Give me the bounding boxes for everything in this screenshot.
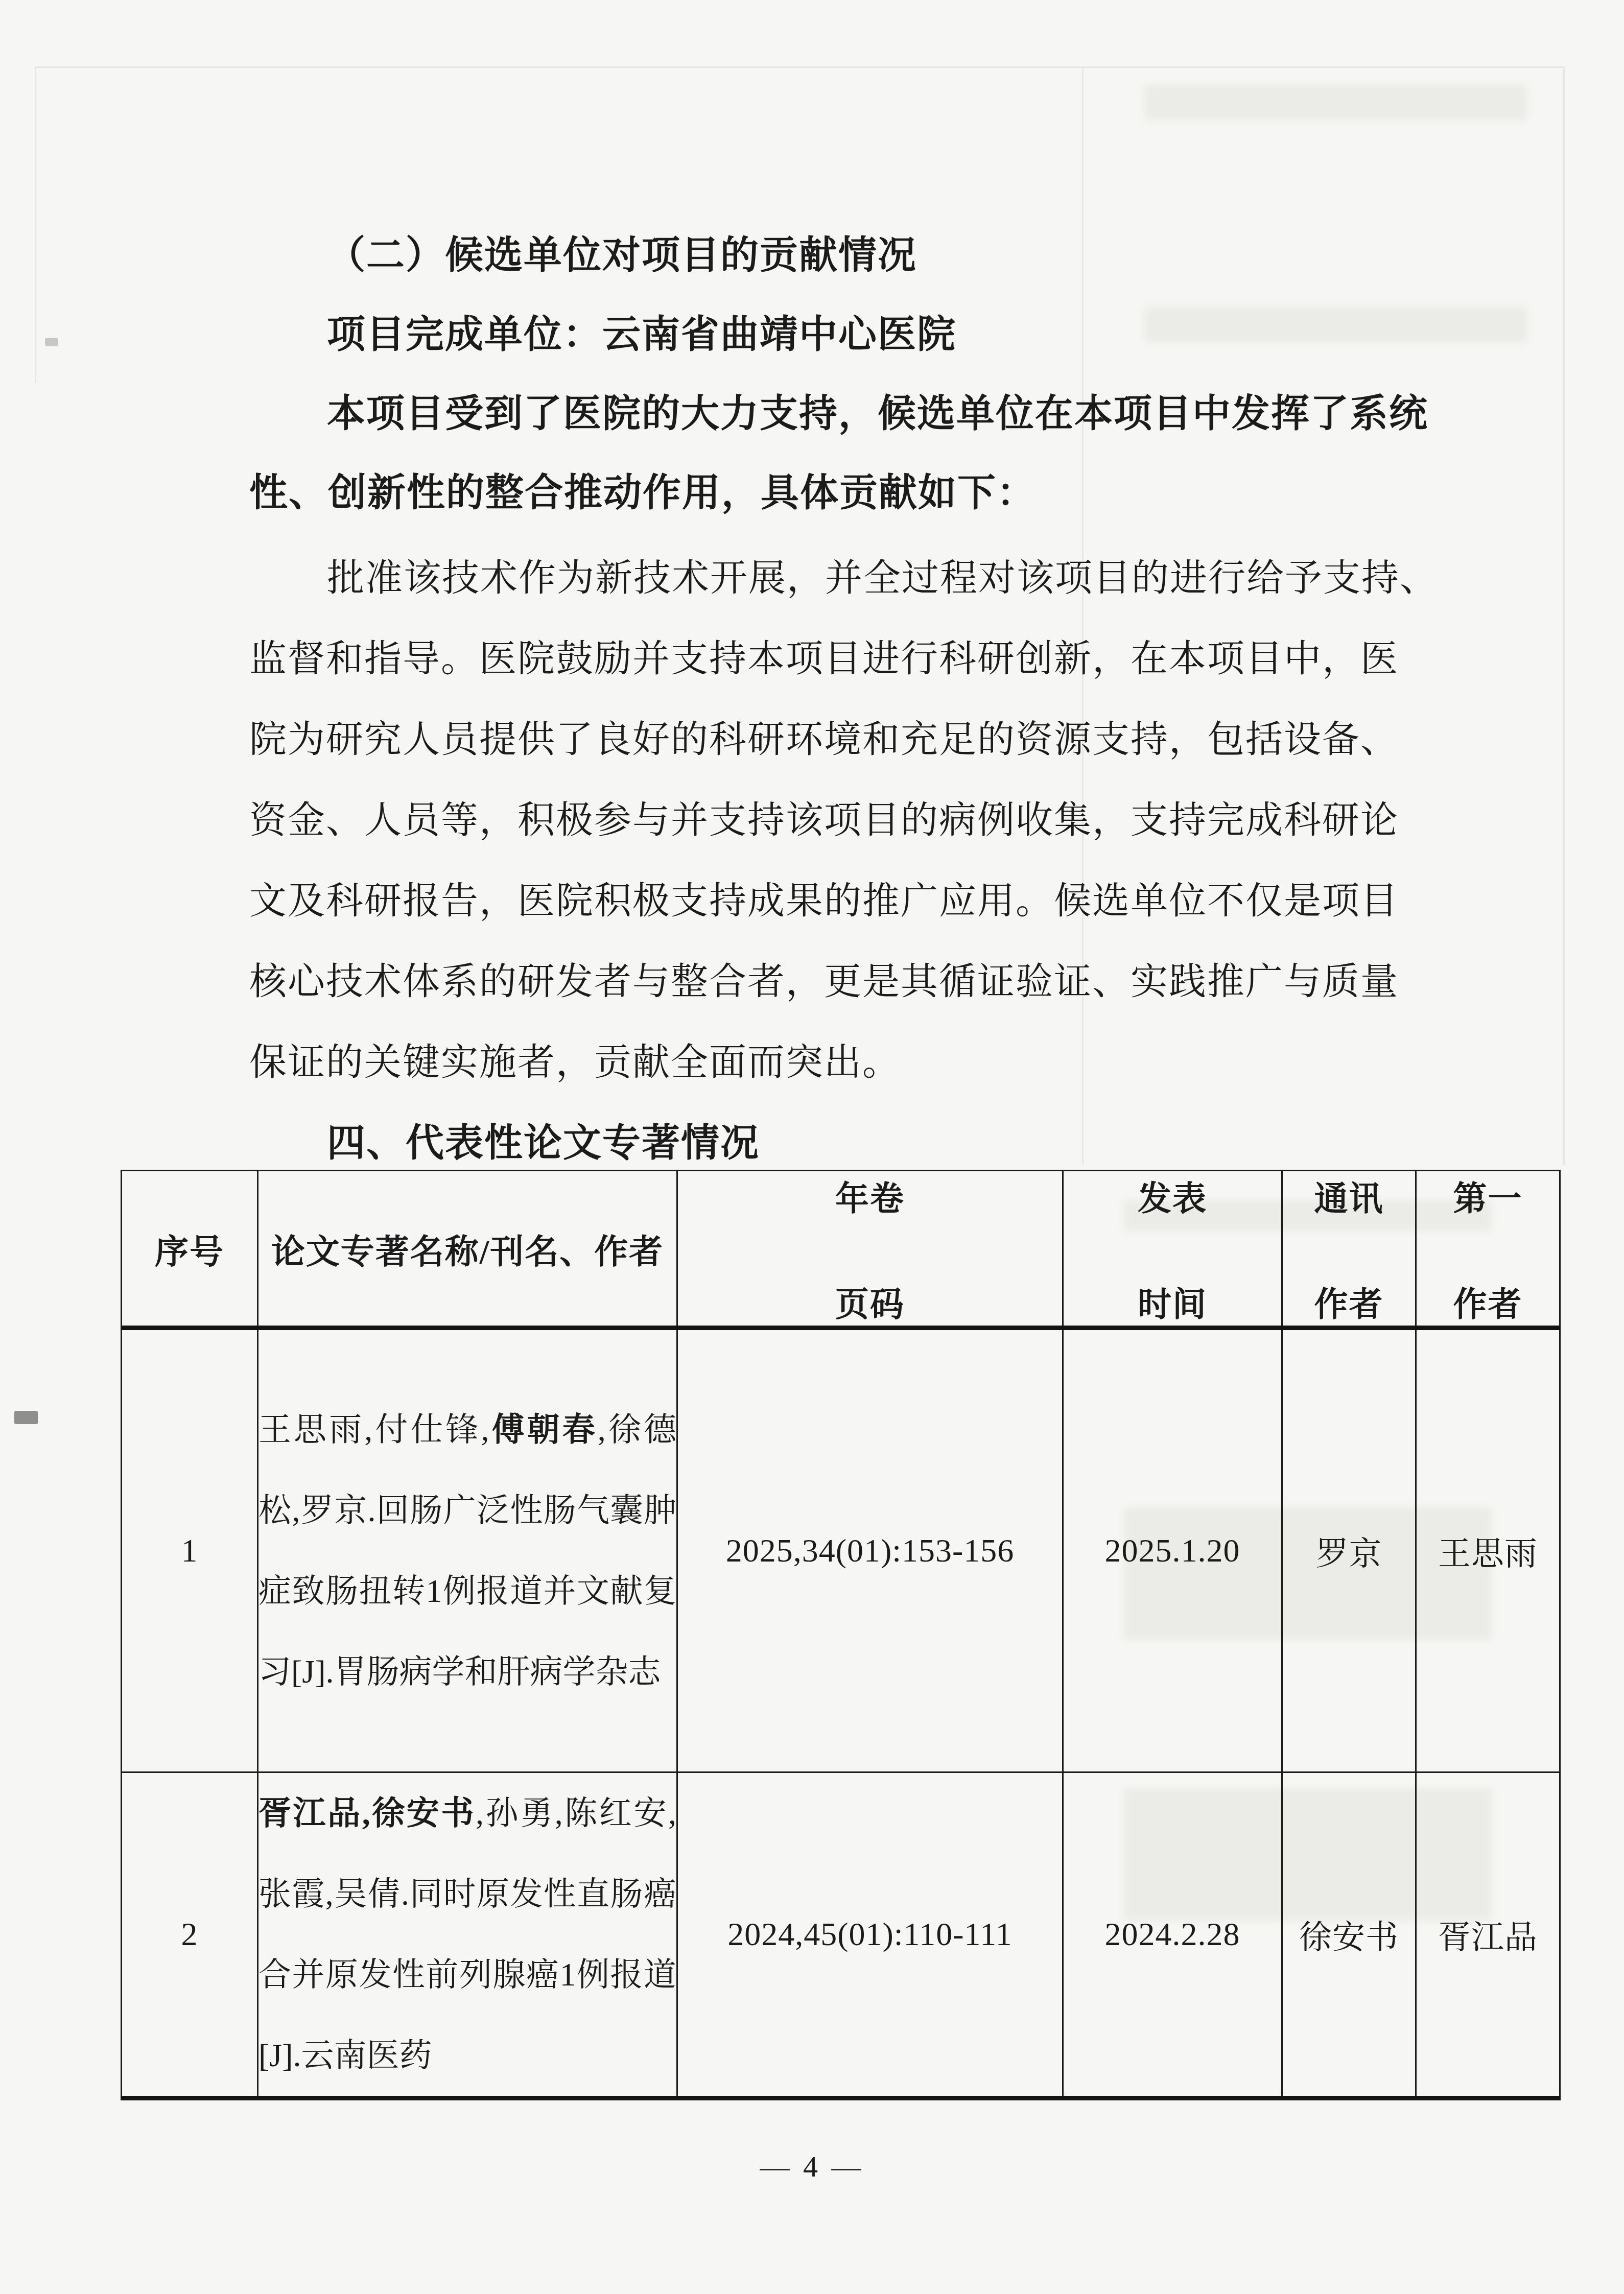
page-number: — 4 — — [0, 2149, 1624, 2184]
col-header-volume-line2: 页码 — [835, 1277, 905, 1326]
col-header-title: 论文专著名称/刊名、作者 — [258, 1171, 677, 1328]
col-header-index-label: 序号 — [155, 1234, 224, 1271]
cell-index: 1 — [122, 1328, 258, 1772]
heading-support-line2: 性、创新性的整合推动作用，具体贡献如下： — [249, 462, 1036, 517]
paper-title-segment: ,孙勇,陈红安,张霞,吴倩.同时原发性直肠癌合并原发性前列腺癌1例报道[J].云… — [258, 1795, 676, 2073]
cell-first-author: 胥江品 — [1416, 1772, 1560, 2098]
col-header-index: 序号 — [122, 1171, 258, 1328]
document-page: （二）候选单位对项目的贡献情况 项目完成单位：云南省曲靖中心医院 本项目受到了医… — [0, 0, 1624, 2294]
ghost-text-blob — [1144, 84, 1527, 120]
cell-index: 2 — [122, 1772, 258, 2098]
col-header-first-line2: 作者 — [1453, 1277, 1523, 1326]
paragraph-line-2: 监督和指导。医院鼓励并支持本项目进行科研创新，在本项目中，医 — [249, 628, 1399, 682]
papers-table: 序号 论文专著名称/刊名、作者 年卷 页码 发表 时间 通讯 — [121, 1170, 1561, 2100]
col-header-corresponding-author: 通讯 作者 — [1282, 1171, 1416, 1328]
col-header-pub-date-line2: 时间 — [1138, 1277, 1207, 1326]
col-header-first-line1: 第一 — [1453, 1171, 1523, 1220]
ghost-line-top — [35, 66, 1565, 68]
cell-corresponding-author: 罗京 — [1282, 1328, 1416, 1772]
cell-corresponding-author: 徐安书 — [1282, 1772, 1416, 2098]
col-header-first-author: 第一 作者 — [1416, 1171, 1560, 1328]
col-header-title-label: 论文专著名称/刊名、作者 — [271, 1234, 664, 1271]
heading-completing-unit: 项目完成单位：云南省曲靖中心医院 — [327, 304, 956, 359]
table-row: 1 王思雨,付仕锋,傅朝春,徐德松,罗京.回肠广泛性肠气囊肿症致肠扭转1例报道并… — [122, 1328, 1560, 1772]
cell-paper-title: 王思雨,付仕锋,傅朝春,徐德松,罗京.回肠广泛性肠气囊肿症致肠扭转1例报道并文献… — [258, 1328, 677, 1772]
cell-volume-pages: 2025,34(01):153-156 — [677, 1328, 1063, 1772]
table-header-row: 序号 论文专著名称/刊名、作者 年卷 页码 发表 时间 通讯 — [122, 1171, 1560, 1328]
ghost-text-blob — [1144, 306, 1527, 342]
col-header-pub-date: 发表 时间 — [1063, 1171, 1282, 1328]
ghost-line-vertical-left — [35, 66, 36, 383]
paragraph-line-7: 保证的关键实施者，贡献全面而突出。 — [249, 1032, 901, 1085]
paper-title-segment-bold: 胥江品,徐安书 — [258, 1795, 476, 1831]
heading-support-line1: 本项目受到了医院的大力支持，候选单位在本项目中发挥了系统 — [327, 383, 1428, 438]
ghost-line-vertical-right — [1563, 66, 1565, 1165]
paragraph-line-4: 资金、人员等，积极参与并支持该项目的病例收集，支持完成科研论 — [249, 790, 1399, 843]
scan-speck — [45, 338, 58, 346]
cell-paper-title: 胥江品,徐安书,孙勇,陈红安,张霞,吴倩.同时原发性直肠癌合并原发性前列腺癌1例… — [258, 1772, 677, 2098]
col-header-corresponding-line1: 通讯 — [1314, 1171, 1384, 1220]
cell-volume-pages: 2024,45(01):110-111 — [677, 1772, 1063, 2098]
table-row: 2 胥江品,徐安书,孙勇,陈红安,张霞,吴倩.同时原发性直肠癌合并原发性前列腺癌… — [122, 1772, 1560, 2098]
paragraph-line-1: 批准该技术作为新技术开展，并全过程对该项目的进行给予支持、 — [327, 548, 1438, 601]
scan-speck — [14, 1411, 38, 1424]
heading-papers-section: 四、代表性论文专著情况 — [327, 1113, 760, 1167]
col-header-corresponding-line2: 作者 — [1314, 1277, 1384, 1326]
paper-title-segment: 王思雨,付仕锋, — [258, 1411, 489, 1448]
paragraph-line-3: 院为研究人员提供了良好的科研环境和充足的资源支持，包括设备、 — [249, 709, 1399, 763]
col-header-volume-pages: 年卷 页码 — [677, 1171, 1063, 1328]
heading-contribution-section: （二）候选单位对项目的贡献情况 — [327, 225, 917, 279]
cell-pub-date: 2024.2.28 — [1063, 1772, 1282, 2098]
paragraph-line-6: 核心技术体系的研发者与整合者，更是其循证验证、实践推广与质量 — [249, 951, 1399, 1005]
paragraph-line-5: 文及科研报告，医院积极支持成果的推广应用。候选单位不仅是项目 — [249, 870, 1399, 924]
cell-pub-date: 2025.1.20 — [1063, 1328, 1282, 1772]
paper-title-segment: ,徐德松,罗京.回肠广泛性肠气囊肿症致肠扭转1例报道并文献复习[J].胃肠病学和… — [258, 1411, 676, 1690]
col-header-volume-line1: 年卷 — [835, 1171, 905, 1220]
cell-first-author: 王思雨 — [1416, 1328, 1560, 1772]
paper-title-segment-bold: 傅朝春 — [489, 1411, 598, 1448]
col-header-pub-date-line1: 发表 — [1138, 1171, 1207, 1220]
